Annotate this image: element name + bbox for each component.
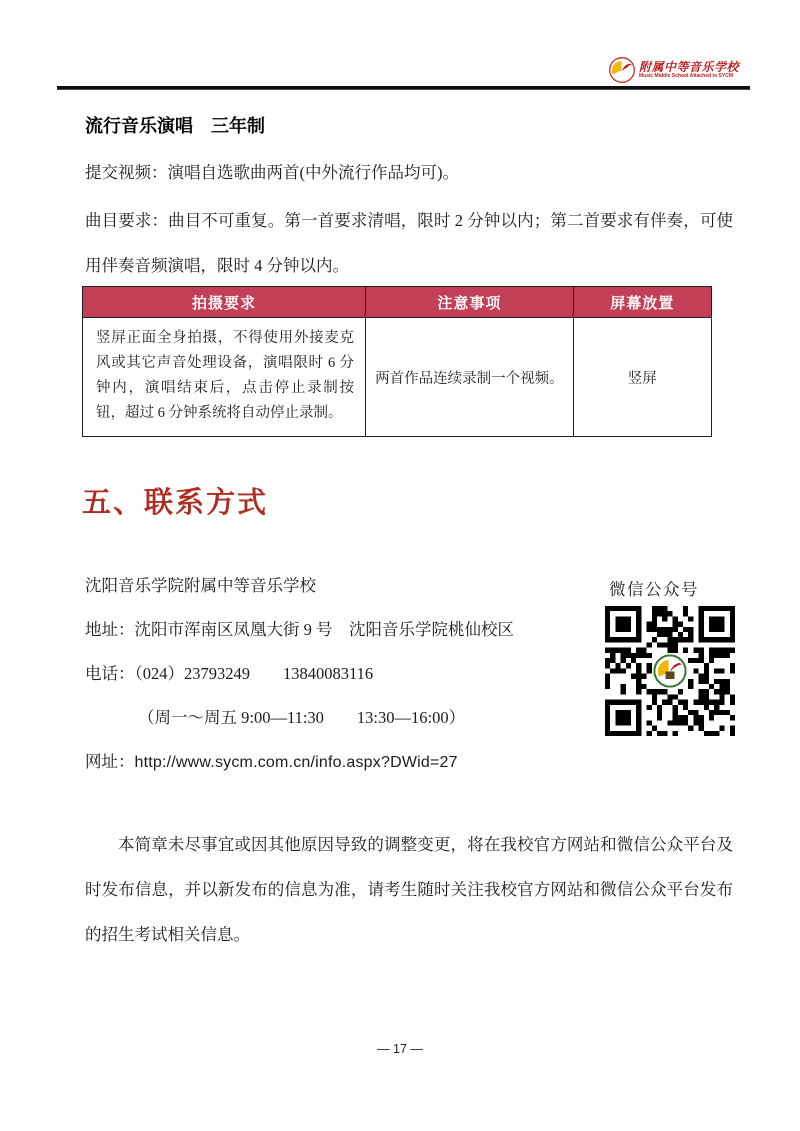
contact-block: 沈阳音乐学院附属中等音乐学校 地址：沈阳市浑南区凤凰大街 9 号 沈阳音乐学院桃… [85, 570, 605, 790]
cell-screen-orientation: 竖屏 [573, 318, 711, 437]
page-number: — 17 — [0, 1042, 800, 1056]
submit-video-line: 提交视频：演唱自选歌曲两首(中外流行作品均可)。 [85, 159, 730, 183]
section-title-contact: 五、联系方式 [82, 480, 268, 521]
song-requirements-paragraph: 曲目要求：曲目不可重复。第一首要求清唱，限时 2 分钟以内；第二首要求有伴奏，可… [85, 198, 733, 288]
website-line: 网址：http://www.sycm.com.cn/info.aspx?DWid… [85, 746, 605, 790]
column-header-shooting: 拍摄要求 [83, 287, 366, 318]
recording-requirements-table: 拍摄要求 注意事项 屏幕放置 竖屏正面全身拍摄，不得使用外接麦克风或其它声音处理… [82, 286, 712, 437]
website-url: http://www.sycm.com.cn/info.aspx?DWid=27 [135, 754, 458, 771]
cell-notes: 两首作品连续录制一个视频。 [366, 318, 574, 437]
wechat-official-account-label: 微信公众号 [609, 576, 699, 600]
table-row: 竖屏正面全身拍摄，不得使用外接麦克风或其它声音处理设备，演唱限时 6 分钟内，演… [83, 318, 712, 437]
column-header-screen: 屏幕放置 [573, 287, 711, 318]
school-name: 沈阳音乐学院附属中等音乐学校 [85, 570, 605, 614]
logo-english-text: Music Middle School Attached to SYCM [639, 74, 739, 80]
logo-chinese-text: 附属中等音乐学校 [639, 61, 739, 74]
school-logo-text: 附属中等音乐学校 Music Middle School Attached to… [639, 61, 739, 80]
website-label: 网址： [85, 752, 135, 771]
office-hours-line: （周一～周五 9:00—11:30 13:30—16:00） [85, 702, 605, 746]
header-divider [57, 86, 750, 90]
school-logo: 附属中等音乐学校 Music Middle School Attached to… [608, 56, 730, 84]
document-page: 附属中等音乐学校 Music Middle School Attached to… [0, 0, 800, 1131]
cell-shooting-requirements: 竖屏正面全身拍摄，不得使用外接麦克风或其它声音处理设备，演唱限时 6 分钟内，演… [83, 318, 366, 437]
program-title: 流行音乐演唱 三年制 [85, 112, 265, 138]
notice-paragraph: 本简章未尽事宜或因其他原因导致的调整变更，将在我校官方网站和微信公众平台及时发布… [85, 822, 733, 957]
column-header-notes: 注意事项 [366, 287, 574, 318]
wechat-qr-code [605, 606, 735, 736]
school-emblem-icon [608, 56, 636, 84]
table-header-row: 拍摄要求 注意事项 屏幕放置 [83, 287, 712, 318]
address-line: 地址：沈阳市浑南区凤凰大街 9 号 沈阳音乐学院桃仙校区 [85, 614, 605, 658]
phone-line: 电话：（024）23793249 13840083116 [85, 658, 605, 702]
